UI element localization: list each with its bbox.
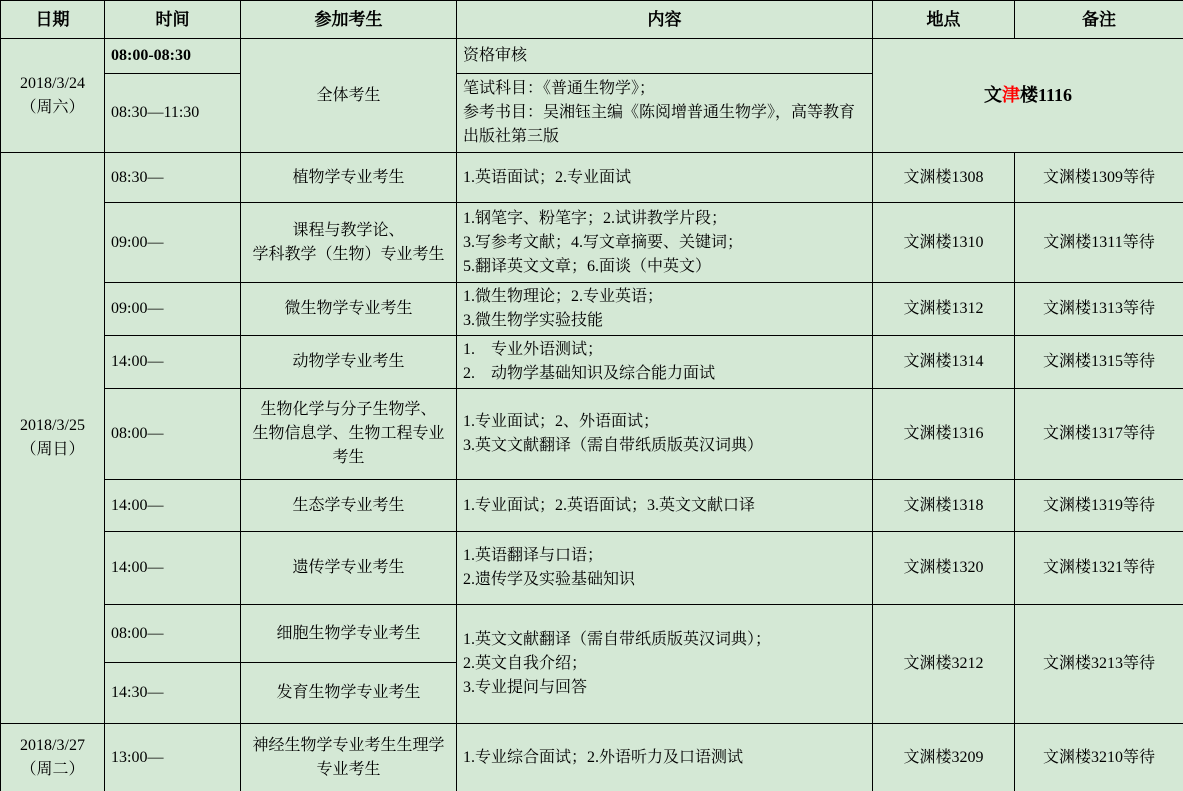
time-cell: 14:00— [105,532,241,605]
time-cell: 09:00— [105,203,241,283]
location-cell: 文渊楼1312 [873,283,1015,336]
time-cell: 14:30— [105,663,241,724]
time-cell: 09:00— [105,283,241,336]
candidates-cell: 植物学专业考生 [241,153,457,203]
day3-row-neurobio: 2018/3/27 （周二） 13:00— 神经生物学专业考生生理学专业考生 1… [1,724,1183,791]
header-time: 时间 [105,1,241,39]
location-cell: 文渊楼3209 [873,724,1015,791]
day2-row-zoology: 14:00— 动物学专业考生 1. 专业外语测试； 2. 动物学基础知识及综合能… [1,336,1183,389]
day1-row1: 2018/3/24 （周六） 08:00-08:30 全体考生 资格审核 文津楼… [1,39,1183,74]
remark-cell: 文渊楼1317等待 [1015,389,1183,480]
header-row: 日期 时间 参加考生 内容 地点 备注 [1,1,1183,39]
day2-row-biochem: 08:00— 生物化学与分子生物学、 生物信息学、生物工程专业考生 1.专业面试… [1,389,1183,480]
date-cell-2018-3-24: 2018/3/24 （周六） [1,39,105,153]
candidates-cell: 动物学专业考生 [241,336,457,389]
header-content: 内容 [457,1,873,39]
time-cell: 14:00— [105,480,241,532]
remark-cell: 文渊楼1309等待 [1015,153,1183,203]
candidates-cell: 神经生物学专业考生生理学专业考生 [241,724,457,791]
location-cell: 文渊楼1314 [873,336,1015,389]
location-cell: 文渊楼1318 [873,480,1015,532]
location-red-char: 津 [1002,85,1020,105]
location-cell: 文渊楼1310 [873,203,1015,283]
day2-row-botany: 2018/3/25 （周日） 08:30— 植物学专业考生 1.英语面试；2.专… [1,153,1183,203]
candidates-cell: 课程与教学论、 学科教学（生物）专业考生 [241,203,457,283]
remark-cell: 文渊楼1311等待 [1015,203,1183,283]
date-cell-2018-3-27: 2018/3/27 （周二） [1,724,105,791]
remark-merged-cell: 文渊楼3213等待 [1015,605,1183,724]
location-text: 楼1116 [1020,85,1072,105]
candidates-cell: 遗传学专业考生 [241,532,457,605]
header-candidates: 参加考生 [241,1,457,39]
time-cell: 08:30— [105,153,241,203]
time-cell: 08:00-08:30 [105,39,241,74]
location-cell: 文渊楼1308 [873,153,1015,203]
day2-row-genetics: 14:00— 遗传学专业考生 1.英语翻译与口语； 2.遗传学及实验基础知识 文… [1,532,1183,605]
day2-row-pedagogy: 09:00— 课程与教学论、 学科教学（生物）专业考生 1.钢笔字、粉笔字；2.… [1,203,1183,283]
content-cell: 1. 专业外语测试； 2. 动物学基础知识及综合能力面试 [457,336,873,389]
content-cell: 1.微生物理论；2.专业英语； 3.微生物学实验技能 [457,283,873,336]
header-location: 地点 [873,1,1015,39]
candidates-cell: 生物化学与分子生物学、 生物信息学、生物工程专业考生 [241,389,457,480]
content-merged-cell: 1.英文文献翻译（需自带纸质版英汉词典）； 2.英文自我介绍； 3.专业提问与回… [457,605,873,724]
time-cell: 08:30—11:30 [105,74,241,153]
exam-schedule-sheet: 日期 时间 参加考生 内容 地点 备注 2018/3/24 （周六） 08:00… [0,0,1183,791]
remark-cell: 文渊楼3210等待 [1015,724,1183,791]
header-date: 日期 [1,1,105,39]
location-text: 文 [984,85,1002,105]
location-merged-cell: 文津楼1116 [873,39,1183,153]
candidates-cell: 发育生物学专业考生 [241,663,457,724]
location-cell: 文渊楼1320 [873,532,1015,605]
date-cell-2018-3-25: 2018/3/25 （周日） [1,153,105,724]
remark-cell: 文渊楼1319等待 [1015,480,1183,532]
remark-cell: 文渊楼1321等待 [1015,532,1183,605]
candidates-cell: 细胞生物学专业考生 [241,605,457,663]
content-cell: 笔试科目：《普通生物学》； 参考书目：吴湘钰主编《陈阅增普通生物学》，高等教育出… [457,74,873,153]
day2-row-microbiology: 09:00— 微生物学专业考生 1.微生物理论；2.专业英语； 3.微生物学实验… [1,283,1183,336]
content-cell: 1.英语翻译与口语； 2.遗传学及实验基础知识 [457,532,873,605]
time-cell: 13:00— [105,724,241,791]
content-cell: 1.专业面试；2.英语面试；3.英文文献口译 [457,480,873,532]
day2-row-ecology: 14:00— 生态学专业考生 1.专业面试；2.英语面试；3.英文文献口译 文渊… [1,480,1183,532]
content-cell: 1.钢笔字、粉笔字；2.试讲教学片段； 3.写参考文献；4.写文章摘要、关键词；… [457,203,873,283]
time-cell: 08:00— [105,389,241,480]
content-cell: 1.专业面试；2、外语面试； 3.英文文献翻译（需自带纸质版英汉词典） [457,389,873,480]
candidates-cell: 全体考生 [241,39,457,153]
exam-schedule-table: 日期 时间 参加考生 内容 地点 备注 2018/3/24 （周六） 08:00… [0,0,1183,791]
location-merged-cell: 文渊楼3212 [873,605,1015,724]
content-cell: 1.专业综合面试；2.外语听力及口语测试 [457,724,873,791]
header-remark: 备注 [1015,1,1183,39]
candidates-cell: 微生物学专业考生 [241,283,457,336]
time-cell: 08:00— [105,605,241,663]
location-cell: 文渊楼1316 [873,389,1015,480]
time-cell: 14:00— [105,336,241,389]
day2-row-cellbio: 08:00— 细胞生物学专业考生 1.英文文献翻译（需自带纸质版英汉词典）； 2… [1,605,1183,663]
content-cell: 资格审核 [457,39,873,74]
candidates-cell: 生态学专业考生 [241,480,457,532]
remark-cell: 文渊楼1315等待 [1015,336,1183,389]
remark-cell: 文渊楼1313等待 [1015,283,1183,336]
content-cell: 1.英语面试；2.专业面试 [457,153,873,203]
